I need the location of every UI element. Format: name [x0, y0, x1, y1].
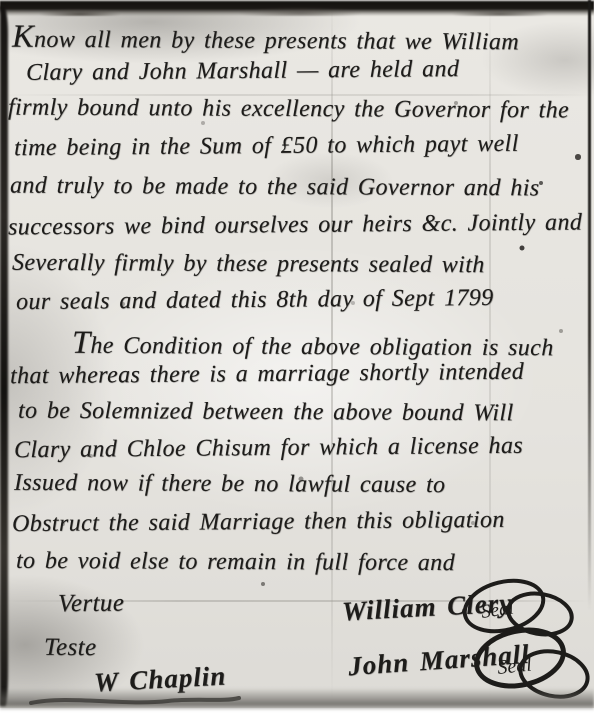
- closing-word-vertue: Vertue: [58, 590, 125, 619]
- manuscript-line: Clary and John Marshall — are held and: [26, 56, 460, 87]
- scan-right-edge: [588, 0, 591, 610]
- manuscript-line: to be Solemnized between the above bound…: [18, 398, 514, 428]
- scan-bottom-shadow: [0, 688, 594, 710]
- closing-word-teste: Teste: [44, 634, 97, 662]
- manuscript-line: Issued now if there be no lawful cause t…: [14, 470, 446, 499]
- manuscript-line: Clary and Chloe Chisum for which a licen…: [14, 433, 523, 464]
- seal-text: Seal: [496, 653, 533, 679]
- manuscript-line: our seals and dated this 8th day of Sept…: [16, 285, 494, 316]
- manuscript-line: and truly to be made to the said Governo…: [10, 173, 540, 203]
- manuscript-line: successors we bind ourselves our heirs &…: [8, 209, 582, 241]
- scan-top-border: [0, 0, 594, 16]
- manuscript-line: that whereas there is a marriage shortly…: [10, 359, 524, 390]
- manuscript-line: firmly bound unto his excellency the Gov…: [8, 95, 569, 125]
- paper: Know all men by these presents that we W…: [0, 0, 594, 708]
- manuscript-line: to be void else to remain in full force …: [16, 548, 455, 577]
- document-scan: Know all men by these presents that we W…: [0, 0, 594, 721]
- scan-left-edge: [0, 6, 8, 706]
- manuscript-line: time being in the Sum of £50 to which pa…: [14, 131, 519, 162]
- manuscript-line: Obstruct the said Marriage then this obl…: [12, 507, 505, 538]
- manuscript-line: Severally firmly by these presents seale…: [12, 250, 485, 279]
- manuscript-line: Know all men by these presents that we W…: [12, 19, 519, 59]
